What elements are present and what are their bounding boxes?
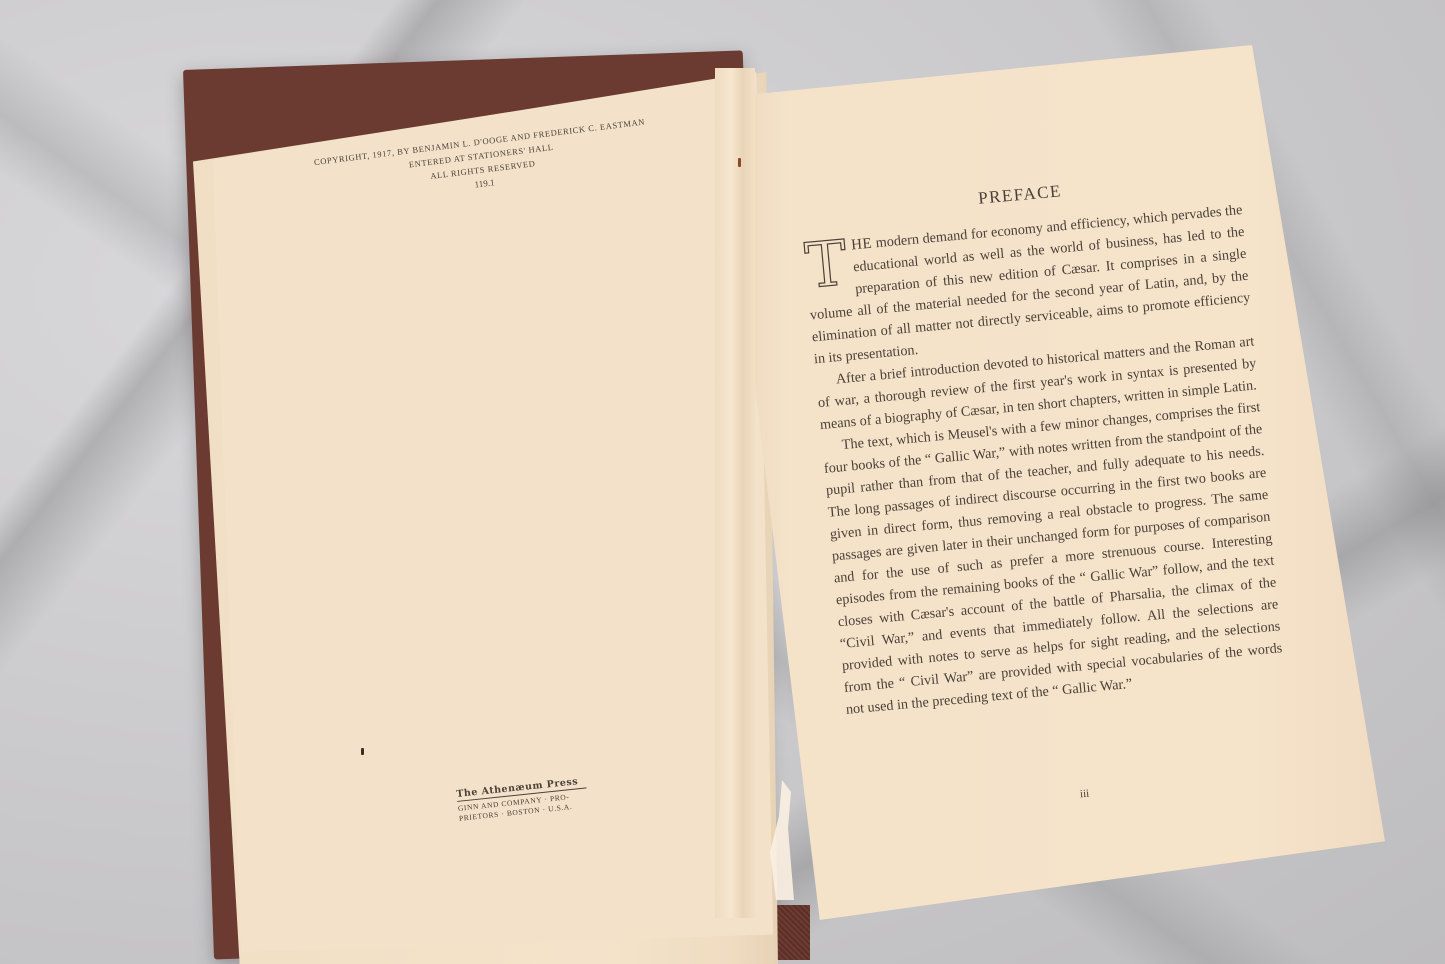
paper-stain (738, 158, 741, 167)
dropcap-letter: T (803, 237, 849, 293)
open-book: Copyright, 1917, by Benjamin L. D'Ooge a… (0, 0, 1445, 964)
page-number: iii (1079, 788, 1089, 801)
book-gutter (715, 68, 755, 918)
preface-paragraph: The text, which is Meusel's with a few m… (821, 396, 1285, 721)
ink-speck (361, 748, 364, 755)
first-word-smallcaps: HE (851, 236, 873, 254)
preface-text-block: PREFACE THE modern demand for economy an… (800, 165, 1285, 721)
